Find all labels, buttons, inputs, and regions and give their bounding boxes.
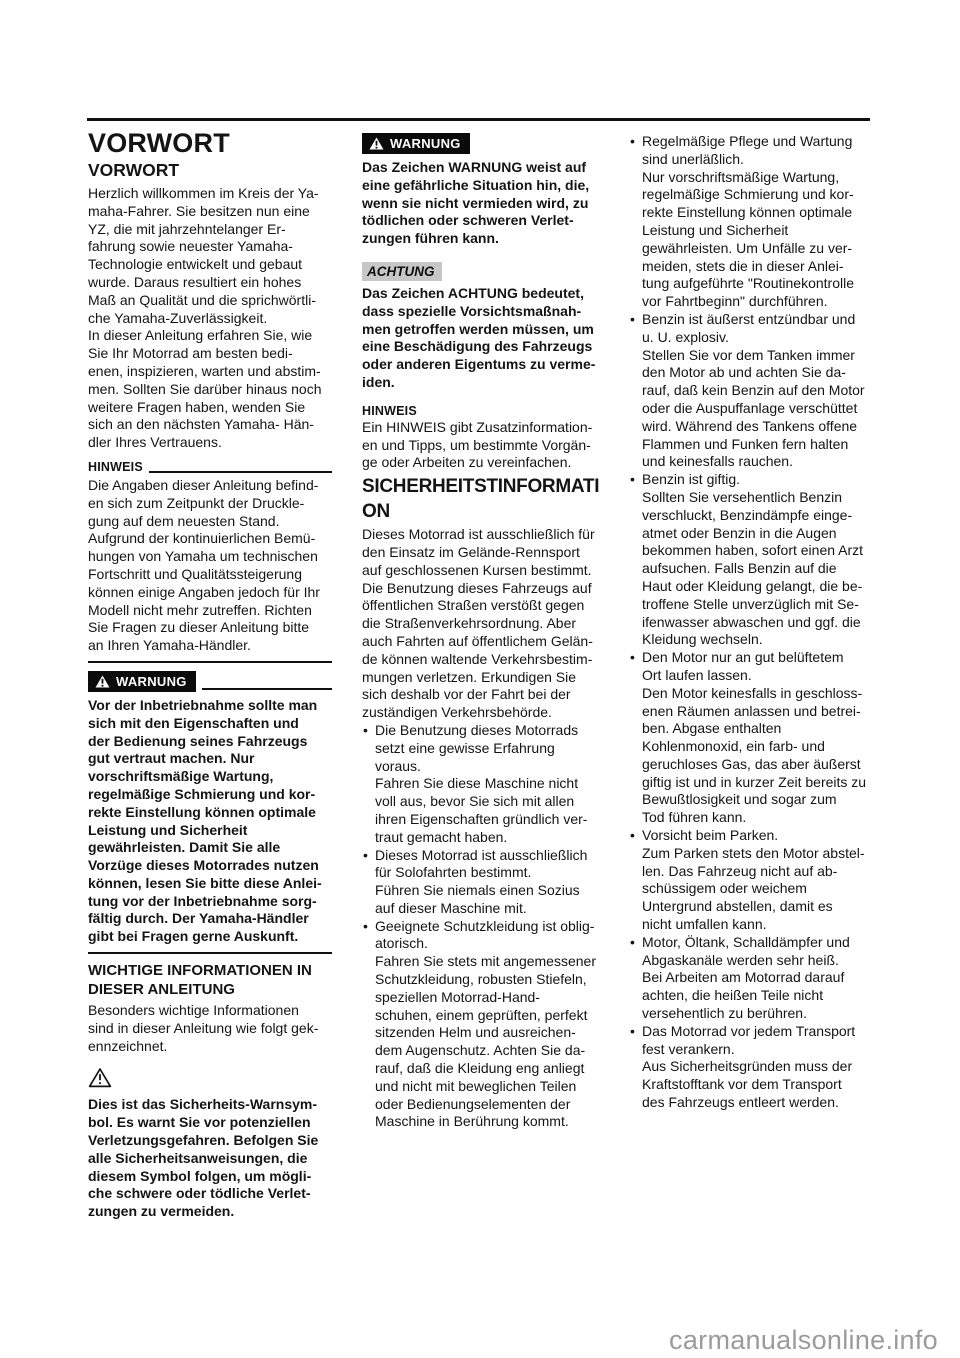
list-item: Dieses Motorrad ist ausschließlich für S…	[362, 847, 608, 918]
warnung-definition-paragraph: Das Zeichen WARNUNG weist auf eine gefäh…	[362, 159, 608, 248]
warnung-badge-label: WARNUNG	[390, 136, 461, 151]
warning-triangle-icon	[369, 137, 384, 150]
safety-symbol-paragraph: Dies ist das Sicherheits-Warnsym- bol. E…	[88, 1096, 332, 1221]
important-info-heading: WICHTIGE INFORMATIONEN IN DIESER ANLEITU…	[88, 961, 332, 999]
section-title-vorwort: VORWORT	[88, 160, 332, 181]
achtung-badge: ACHTUNG	[362, 262, 442, 281]
hinweis-header: HINWEIS	[88, 460, 332, 475]
divider	[149, 471, 332, 473]
list-item: Regelmäßige Pflege und Wartung sind uner…	[629, 133, 872, 311]
achtung-definition-paragraph: Das Zeichen ACHTUNG bedeutet, dass spezi…	[362, 285, 608, 392]
warnung-badge-label: WARNUNG	[116, 674, 187, 689]
hinweis-paragraph: Die Angaben dieser Anleitung befind- en …	[88, 477, 332, 655]
page-top-rule	[87, 118, 870, 121]
intro-paragraph: Herzlich willkommen im Kreis der Ya- mah…	[88, 185, 332, 452]
safety-alert-symbol	[88, 1067, 332, 1093]
list-item: Benzin ist giftig. Sollten Sie versehent…	[629, 471, 872, 649]
divider	[202, 688, 332, 690]
hinweis-definition-paragraph: Ein HINWEIS gibt Zusatzinformation- en u…	[362, 419, 608, 472]
column-2: WARNUNG Das Zeichen WARNUNG weist auf ei…	[362, 133, 608, 1131]
safety-info-heading: SICHERHEITSTINFORMATI ON	[362, 474, 608, 524]
list-item: Das Motorrad vor jedem Transport fest ve…	[629, 1023, 872, 1112]
hinweis-label: HINWEIS	[362, 404, 608, 419]
warnung-badge: WARNUNG	[362, 133, 470, 154]
warnung-header: WARNUNG	[88, 671, 332, 692]
safety-alert-icon	[88, 1067, 112, 1088]
divider	[88, 952, 332, 954]
list-item: Motor, Öltank, Schalldämpfer und Abgaska…	[629, 934, 872, 1023]
column-1: VORWORT VORWORT Herzlich willkommen im K…	[88, 127, 332, 1221]
page-title: VORWORT	[88, 127, 332, 159]
safety-info-intro: Dieses Motorrad ist ausschließlich für d…	[362, 526, 608, 722]
list-item: Geeignete Schutzkleidung ist oblig- ator…	[362, 918, 608, 1132]
watermark: carmanualsonline.info	[669, 1325, 938, 1356]
warnung-paragraph: Vor der Inbetriebnahme sollte man sich m…	[88, 697, 332, 946]
column-3: Regelmäßige Pflege und Wartung sind uner…	[629, 133, 872, 1112]
list-item: Benzin ist äußerst entzündbar und u. U. …	[629, 311, 872, 471]
list-item: Vorsicht beim Parken. Zum Parken stets d…	[629, 827, 872, 934]
manual-page: VORWORT VORWORT Herzlich willkommen im K…	[0, 0, 960, 1358]
warning-triangle-icon	[95, 675, 110, 688]
list-item: Den Motor nur an gut belüftetem Ort lauf…	[629, 649, 872, 827]
hinweis-label: HINWEIS	[88, 460, 143, 475]
list-item: Die Benutzung dieses Motorrads setzt ein…	[362, 722, 608, 847]
warnung-badge: WARNUNG	[88, 671, 196, 692]
divider	[88, 661, 332, 663]
important-info-paragraph: Besonders wichtige Informationen sind in…	[88, 1002, 332, 1055]
